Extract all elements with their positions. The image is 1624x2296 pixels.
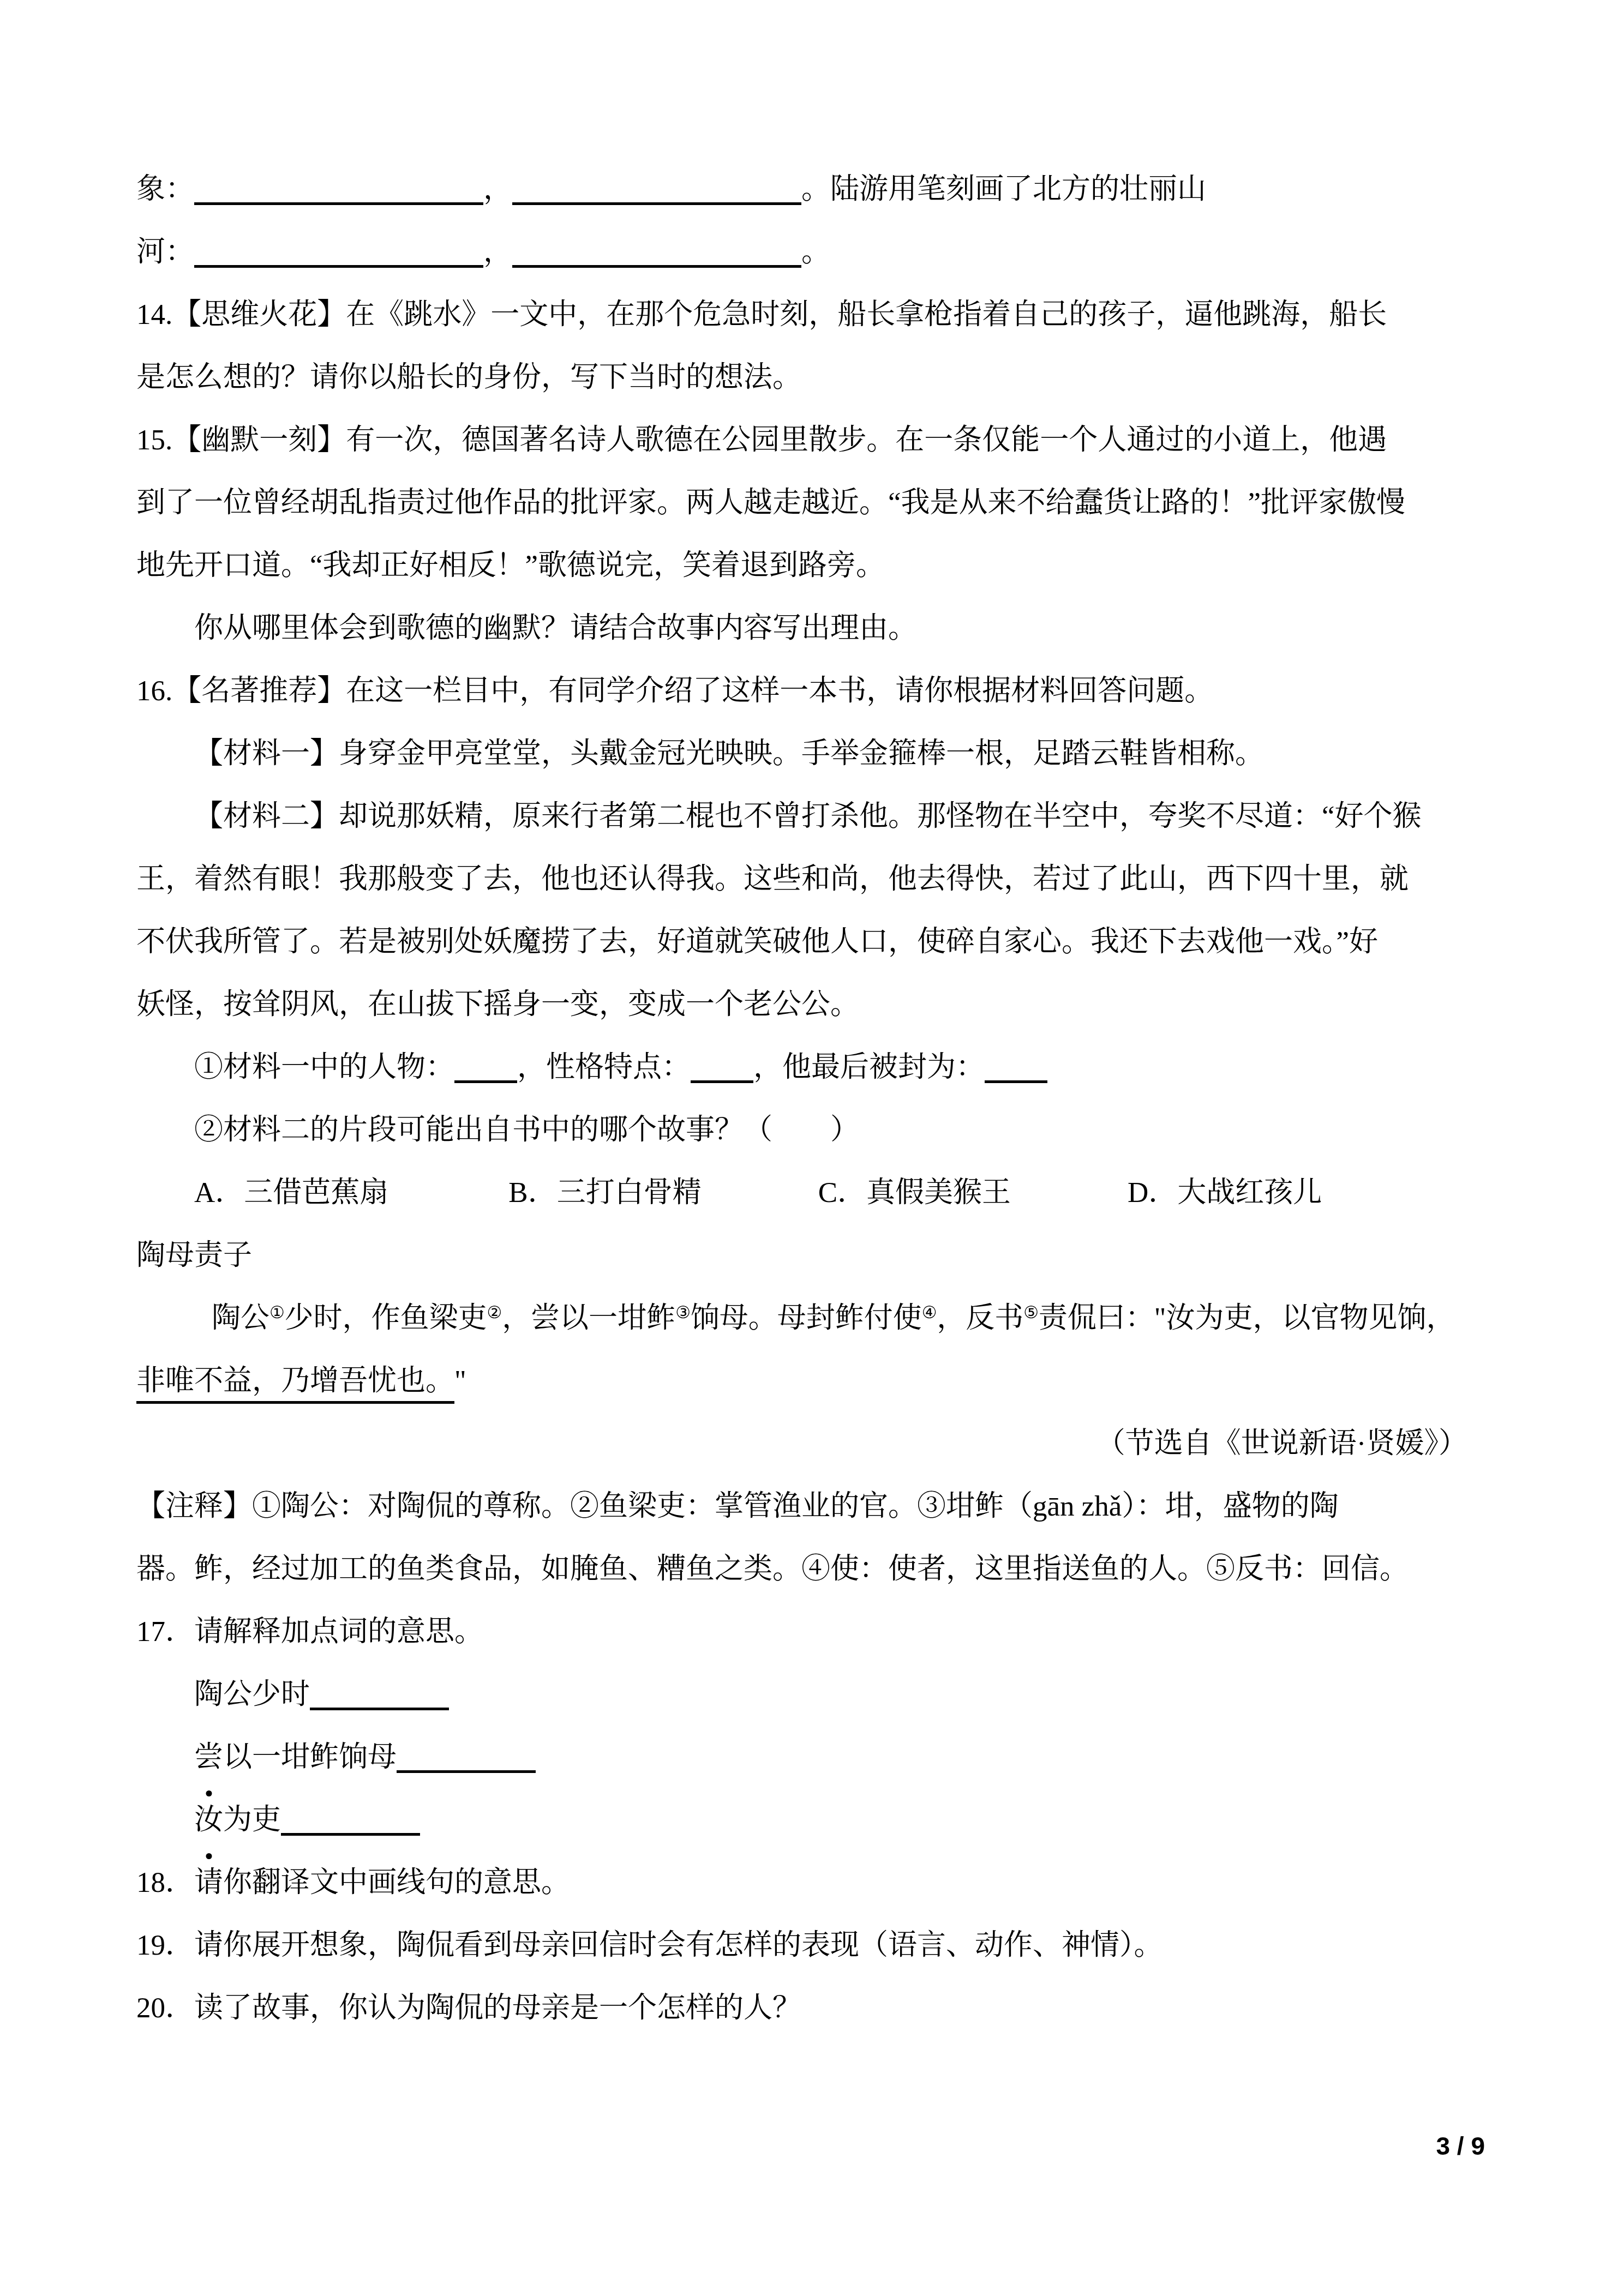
answer-blank <box>194 236 483 268</box>
text-run: ，他最后被封为： <box>753 1051 985 1083</box>
text-run: ，反书 <box>937 1302 1023 1334</box>
text-run: 妖怪，按耸阴风，在山拔下摇身一变，变成一个老公公。 <box>136 989 859 1020</box>
answer-blank <box>281 1804 420 1836</box>
text-run: A．三借芭蕉扇 <box>194 1177 388 1209</box>
text-run: 王，着然有眼！我那般变了去，他也还认得我。这些和尚，他去得快，若过了此山，西下四… <box>136 863 1409 895</box>
text-run: ， <box>483 173 512 205</box>
text-run: 14.【思维火花】在《跳水》一文中，在那个危急时刻，船长拿枪指着自己的孩子，逼他… <box>136 299 1387 330</box>
text-line: 河：，。 <box>136 221 1544 284</box>
text-line: 陶公少时 <box>136 1663 1544 1726</box>
text-line: 18．请你翻译文中画线句的意思。 <box>136 1852 1544 1914</box>
option-spacer <box>388 1201 508 1202</box>
text-line: 不伏我所管了。若是被别处妖魔捞了去，好道就笑破他人口，使碎自家心。我还下去戏他一… <box>136 911 1544 973</box>
text-run: " <box>454 1365 466 1397</box>
text-line: 象：，。陆游用笔刻画了北方的壮丽山 <box>136 158 1544 221</box>
text-run: 地先开口道。“我却正好相反！”歌德说完，笑着退到路旁。 <box>136 550 885 581</box>
answer-blank <box>397 1741 536 1773</box>
text-run: ①材料一中的人物： <box>194 1051 454 1083</box>
text-run: 责侃曰："汝为吏，以官物见饷， <box>1039 1302 1455 1334</box>
footnote-reference: ⑤ <box>1023 1303 1039 1322</box>
text-run: ， <box>483 236 512 268</box>
answer-blank <box>691 1051 753 1083</box>
text-line: 14.【思维火花】在《跳水》一文中，在那个危急时刻，船长拿枪指着自己的孩子，逼他… <box>136 284 1544 346</box>
text-run: 20．读了故事，你认为陶侃的母亲是一个怎样的人？ <box>136 1992 801 2024</box>
text-line: 16.【名著推荐】在这一栏目中，有同学介绍了这样一本书，请你根据材料回答问题。 <box>136 660 1544 723</box>
text-line: （节选自《世说新语·贤媛》） <box>136 1413 1544 1475</box>
text-run: 【材料二】却说那妖精，原来行者第二棍也不曾打杀他。那怪物在半空中，夸奖不尽道：“… <box>194 801 1422 832</box>
exam-text-body: 象：，。陆游用笔刻画了北方的壮丽山河：，。14.【思维火花】在《跳水》一文中，在… <box>136 158 1544 2040</box>
answer-blank <box>512 236 801 268</box>
text-line: 【注释】①陶公：对陶侃的尊称。②鱼梁吏：掌管渔业的官。③坩鲊（gān zhǎ）：… <box>136 1475 1544 1538</box>
text-line: 器。鲊，经过加工的鱼类食品，如腌鱼、糟鱼之类。④使：使者，这里指送鱼的人。⑤反书… <box>136 1538 1544 1601</box>
answer-blank <box>194 173 483 205</box>
footnote-reference: ① <box>269 1303 285 1322</box>
text-run: 18．请你翻译文中画线句的意思。 <box>136 1867 570 1898</box>
text-line: 非唯不益，乃增吾忧也。" <box>136 1350 1544 1413</box>
text-line: 15.【幽默一刻】有一次，德国著名诗人歌德在公园里散步。在一条仅能一个人通过的小… <box>136 409 1544 472</box>
text-line: 到了一位曾经胡乱指责过他作品的批评家。两人越走越近。“我是从来不给蠢货让路的！”… <box>136 472 1544 534</box>
option-spacer <box>702 1201 818 1202</box>
underlined-sentence: 非唯不益，乃增吾忧也。 <box>136 1365 454 1404</box>
text-run: 河： <box>136 236 194 268</box>
footnote-reference: ② <box>487 1303 502 1322</box>
text-run: 15.【幽默一刻】有一次，德国著名诗人歌德在公园里散步。在一条仅能一个人通过的小… <box>136 424 1387 456</box>
text-line: 王，着然有眼！我那般变了去，他也还认得我。这些和尚，他去得快，若过了此山，西下四… <box>136 848 1544 911</box>
text-run: 17．请解释加点词的意思。 <box>136 1616 483 1648</box>
text-run: 为吏 <box>223 1804 281 1836</box>
page-number: 3 / 9 <box>1436 2131 1485 2161</box>
text-run: 。陆游用笔刻画了北方的壮丽山 <box>801 173 1206 205</box>
text-run: ②材料二的片段可能出自书中的哪个故事？（ ） <box>194 1114 859 1146</box>
text-line: 【材料二】却说那妖精，原来行者第二棍也不曾打杀他。那怪物在半空中，夸奖不尽道：“… <box>136 785 1544 848</box>
text-line: 17．请解释加点词的意思。 <box>136 1601 1544 1663</box>
text-line: A．三借芭蕉扇B．三打白骨精C．真假美猴王D．大战红孩儿 <box>136 1162 1544 1224</box>
text-line: 地先开口道。“我却正好相反！”歌德说完，笑着退到路旁。 <box>136 534 1544 597</box>
answer-blank <box>985 1051 1047 1083</box>
text-run: 是怎么想的？请你以船长的身份，写下当时的想法。 <box>136 362 801 393</box>
text-run: 象： <box>136 173 194 205</box>
text-line: ②材料二的片段可能出自书中的哪个故事？（ ） <box>136 1099 1544 1162</box>
text-run: C．真假美猴王 <box>818 1177 1011 1209</box>
text-line: 陶公①少时，作鱼梁吏②，尝以一坩鲊③饷母。母封鲊付使④，反书⑤责侃曰："汝为吏，… <box>136 1287 1544 1350</box>
text-run: 陶母责子 <box>136 1240 252 1271</box>
text-run: B．三打白骨精 <box>508 1177 701 1209</box>
answer-blank <box>454 1051 517 1083</box>
option-spacer <box>1011 1201 1128 1202</box>
text-run: 饷母。母封鲊付使 <box>691 1302 922 1334</box>
text-line: 尝以一坩鲊饷母 <box>136 1726 1544 1789</box>
text-run: 陶公少时 <box>194 1679 310 1710</box>
emphasis-dotted-char: 尝 <box>194 1726 223 1789</box>
answer-blank <box>512 173 801 205</box>
text-line: 20．读了故事，你认为陶侃的母亲是一个怎样的人？ <box>136 1977 1544 2040</box>
text-run: 19．请你展开想象，陶侃看到母亲回信时会有怎样的表现（语言、动作、神情）。 <box>136 1930 1163 1961</box>
text-run: ，尝以一坩鲊 <box>502 1302 675 1334</box>
text-run: 器。鲊，经过加工的鱼类食品，如腌鱼、糟鱼之类。④使：使者，这里指送鱼的人。⑤反书… <box>136 1553 1409 1585</box>
footnote-reference: ③ <box>675 1303 691 1322</box>
text-run: 【材料一】身穿金甲亮堂堂，头戴金冠光映映。手举金箍棒一根，足踏云鞋皆相称。 <box>194 738 1264 770</box>
text-line: 是怎么想的？请你以船长的身份，写下当时的想法。 <box>136 346 1544 409</box>
text-line: 汝为吏 <box>136 1789 1544 1852</box>
emphasis-dotted-char: 汝 <box>194 1789 223 1852</box>
text-run: ，性格特点： <box>517 1051 691 1083</box>
text-run: 少时，作鱼梁吏 <box>285 1302 487 1334</box>
text-run: 不伏我所管了。若是被别处妖魔捞了去，好道就笑破他人口，使碎自家心。我还下去戏他一… <box>136 926 1378 958</box>
exam-page: 象：，。陆游用笔刻画了北方的壮丽山河：，。14.【思维火花】在《跳水》一文中，在… <box>0 0 1624 2296</box>
text-line: ①材料一中的人物：，性格特点：，他最后被封为： <box>136 1036 1544 1099</box>
text-run: 。 <box>801 236 830 268</box>
text-line: 19．请你展开想象，陶侃看到母亲回信时会有怎样的表现（语言、动作、神情）。 <box>136 1914 1544 1977</box>
text-run: 以一坩鲊饷母 <box>223 1741 397 1773</box>
footnote-reference: ④ <box>922 1303 937 1322</box>
text-line: 妖怪，按耸阴风，在山拔下摇身一变，变成一个老公公。 <box>136 973 1544 1036</box>
text-line: 【材料一】身穿金甲亮堂堂，头戴金冠光映映。手举金箍棒一根，足踏云鞋皆相称。 <box>136 723 1544 785</box>
text-line: 你从哪里体会到歌德的幽默？请结合故事内容写出理由。 <box>136 597 1544 660</box>
text-run: 到了一位曾经胡乱指责过他作品的批评家。两人越走越近。“我是从来不给蠢货让路的！”… <box>136 487 1405 519</box>
text-line: 陶母责子 <box>136 1224 1544 1287</box>
text-run: 陶公 <box>212 1302 269 1334</box>
text-run: D．大战红孩儿 <box>1128 1177 1322 1209</box>
text-run: 你从哪里体会到歌德的幽默？请结合故事内容写出理由。 <box>194 612 917 644</box>
answer-blank <box>310 1679 449 1710</box>
text-run: 16.【名著推荐】在这一栏目中，有同学介绍了这样一本书，请你根据材料回答问题。 <box>136 675 1213 707</box>
text-run: （节选自《世说新语·贤媛》） <box>1096 1428 1467 1459</box>
text-run: 【注释】①陶公：对陶侃的尊称。②鱼梁吏：掌管渔业的官。③坩鲊（gān zhǎ）：… <box>136 1490 1339 1522</box>
